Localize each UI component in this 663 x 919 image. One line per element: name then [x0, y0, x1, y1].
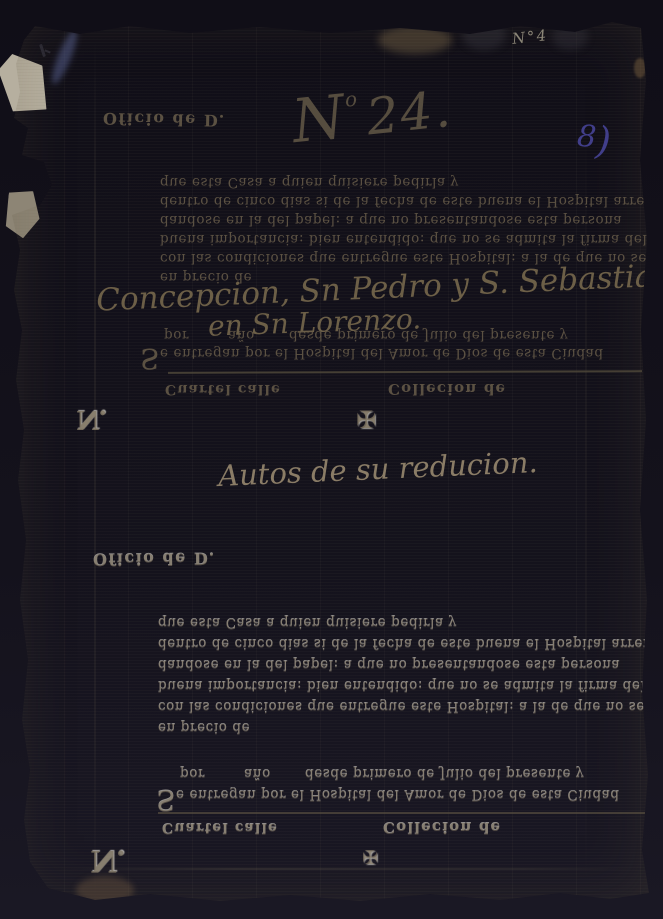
- showthrough-line: por año desde primero de Julio del prese…: [180, 763, 626, 784]
- showthrough-line: buena importancia: bien entendido: que n…: [158, 675, 598, 696]
- folio-superscript: o: [344, 87, 358, 112]
- showthrough-form-header-top: Oficio de D.: [103, 109, 226, 130]
- stain: [76, 876, 134, 904]
- pencil-smudge: [552, 24, 588, 50]
- horizontal-crease: [60, 868, 640, 870]
- showthrough-line: dentro de cinco dias si de la fecha de e…: [158, 633, 598, 654]
- blue-number: 8: [576, 119, 597, 155]
- page-letter-top: N.: [76, 404, 107, 434]
- showthrough-line: que esta Casa a quien quisiere pedirla y: [160, 172, 600, 191]
- column-header-right-bottom: Collecion de: [383, 819, 501, 837]
- scan-background: N°4 8) Oficio de D. No24. que esta Casa …: [0, 0, 663, 919]
- document-page: N°4 8) Oficio de D. No24. que esta Casa …: [0, 0, 663, 919]
- showthrough-body-block-bottom: que esta Casa a quien quisiere pedirla y…: [158, 612, 598, 738]
- folio-number: No24.: [289, 76, 454, 152]
- blue-ink-annotation: 8): [576, 117, 613, 163]
- printed-rule-bottom: [158, 812, 648, 814]
- printed-rule-top: [168, 370, 642, 374]
- column-header-left-bottom: Cuartel calle: [162, 820, 278, 836]
- showthrough-line: dentro de cinco dias si de la fecha de e…: [160, 191, 600, 210]
- showthrough-line: dandose en la del papel: a que no presen…: [160, 210, 600, 229]
- showthrough-line: Se entregan por el Hospital del Amor de …: [140, 344, 610, 367]
- blue-paren: ): [595, 118, 613, 163]
- column-header-left-top: Cuartel calle: [165, 381, 281, 397]
- vertical-crease: [94, 40, 96, 900]
- showthrough-footer-block-top: por año desde primero de Julio del prese…: [140, 326, 610, 367]
- maltese-cross-ornament-bottom: ✠: [362, 847, 378, 869]
- showthrough-line: en precio de: [158, 717, 598, 738]
- handwritten-subtitle: Autos de su reducion.: [217, 445, 538, 493]
- page-letter-bottom: N.: [90, 843, 126, 878]
- showthrough-line: por año desde primero de Julio del prese…: [164, 326, 610, 344]
- ink-speck: [39, 44, 46, 57]
- showthrough-line: buena importancia: bien entendido: que n…: [160, 229, 600, 248]
- showthrough-line: dandose en la del papel: a que no presen…: [158, 654, 598, 675]
- folio-digits: 24.: [364, 80, 455, 147]
- column-header-right-top: Collecion de: [388, 380, 506, 398]
- folio-letter: N: [289, 82, 349, 157]
- showthrough-form-header-bottom: Oficio de D.: [93, 549, 216, 569]
- pencil-annotation: N°4: [511, 26, 549, 48]
- maltese-cross-ornament-top: ✠: [356, 406, 376, 434]
- showthrough-line: Se entregan por el Hospital del Amor de …: [156, 784, 626, 809]
- showthrough-footer-block-bottom: por año desde primero de Julio del prese…: [156, 763, 626, 809]
- stain: [378, 26, 452, 54]
- showthrough-line: que esta Casa a quien quisiere pedirla y: [158, 612, 598, 633]
- showthrough-line: con las condiciones que entregue este Ho…: [158, 696, 598, 717]
- pencil-smudge: [462, 20, 506, 50]
- stain: [634, 58, 646, 78]
- blue-ink-smudge: [48, 28, 82, 87]
